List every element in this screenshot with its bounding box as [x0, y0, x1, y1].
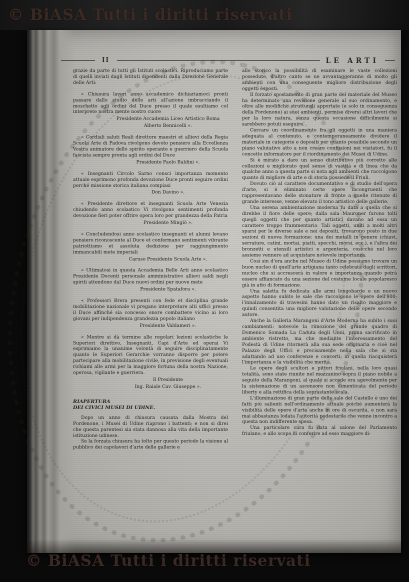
telegram-signature: Don Davino ». — [73, 190, 228, 196]
telegram-text: « Mentre si dà termine alle regolari lez… — [73, 334, 228, 376]
section-heading: RIAPERTURADEI CIVICI MUSEI DI UDINE. — [73, 399, 228, 412]
telegram-signature: Presidente Paolo Baldini ». — [73, 159, 228, 165]
copyright-watermark-top: © BiASA Tutti i diritti riservati — [8, 5, 293, 24]
paragraph: Dopo un anno di chiusura causata dalla M… — [73, 415, 228, 439]
telegram-text: « Insegnanti Circolo Sarno consci import… — [73, 171, 228, 189]
telegram-signature: Alberto Bennicelli ». — [73, 123, 228, 129]
scanned-book-photo: II LE ARTI grazie da parte di tutti gli … — [0, 0, 409, 582]
paragraph: Si è mirato a dare un senso distributivo… — [242, 157, 397, 181]
paragraph: grazie da parte di tutti gli Istituti sc… — [73, 68, 228, 86]
telegram-text: « Concludendosi anno scolastico insegnan… — [73, 231, 228, 255]
telegram-signature: Presidente Spatafora ». — [73, 287, 228, 293]
paragraph: allo storico la possibilità di esaminare… — [242, 68, 397, 92]
header-rule-right — [385, 60, 395, 61]
header-rule-middle — [117, 60, 320, 61]
left-column: grazie da parte di tutti gli Istituti sc… — [73, 68, 228, 451]
journal-title: LE ARTI — [326, 56, 379, 65]
paragraph: Così sin d'ora anche nel Museo di Udine … — [242, 259, 397, 289]
page-header: II LE ARTI — [61, 54, 395, 66]
text-body: grazie da parte di tutti gli Istituti sc… — [73, 68, 397, 451]
telegram-signature: Presidente Valdameri ». — [73, 323, 228, 329]
telegram-signature: Caruso Presidente Scuola Arte ». — [73, 256, 228, 262]
page-number: II — [102, 57, 110, 64]
paragraph: Anche la Galleria Marangoni d'Arte Moder… — [242, 318, 397, 366]
telegram-text: « Professori Brera presenti con fede et … — [73, 298, 228, 322]
book-spine-shadow — [27, 30, 75, 553]
right-column: allo storico la possibilità di esaminare… — [242, 68, 397, 451]
paragraph: Il forzato spostamento di gran parte del… — [242, 92, 397, 128]
paragraph: Cercare un coordinamento fra gli oggetti… — [242, 128, 397, 158]
telegram-text: « Ultimatosi in questa Accademia Belle A… — [73, 268, 228, 286]
header-rule-left — [61, 60, 95, 61]
paragraph: L'illuminazione di gran parte delle sale… — [242, 395, 397, 425]
section-heading-line: DEI CIVICI MUSEI DI UDINE. — [73, 405, 228, 411]
telegram-signature: Il Presidente — [73, 377, 228, 383]
telegram-signature: Presidente Accademia Liceo Artistico Rom… — [73, 116, 228, 122]
telegram-text: « Cordiali saluti Reali direttore maestr… — [73, 135, 228, 159]
two-column-layout: grazie da parte di tutti gli Istituti sc… — [73, 68, 397, 451]
telegram-signature: Ing. Raiale Cav. Giuseppe ». — [73, 384, 228, 390]
paragraph: Se la forzata chiusura ha tolto per ques… — [73, 439, 228, 451]
paragraph: Una serena ambientazione moderna fu data… — [242, 205, 397, 259]
paragraph: Una particolare cura fu data al salone d… — [242, 425, 397, 437]
paragraph: Le opere degli scultori e pittori friula… — [242, 366, 397, 396]
telegram-text: « Presidente direttore et insegnanti Scu… — [73, 201, 228, 219]
journal-page: II LE ARTI grazie da parte di tutti gli … — [27, 30, 401, 553]
paragraph: Una saletta fu dedicata alle armi longob… — [242, 288, 397, 318]
telegram-text: « Chiusura lavori anno accademico dichia… — [73, 91, 228, 115]
telegram-signature: Presidente Mingiò ». — [73, 220, 228, 226]
paragraph: Dovuto ciò al carattere documentativo e … — [242, 181, 397, 205]
copyright-watermark-bottom: © BiASA Tutti i diritti riservati — [26, 551, 311, 570]
